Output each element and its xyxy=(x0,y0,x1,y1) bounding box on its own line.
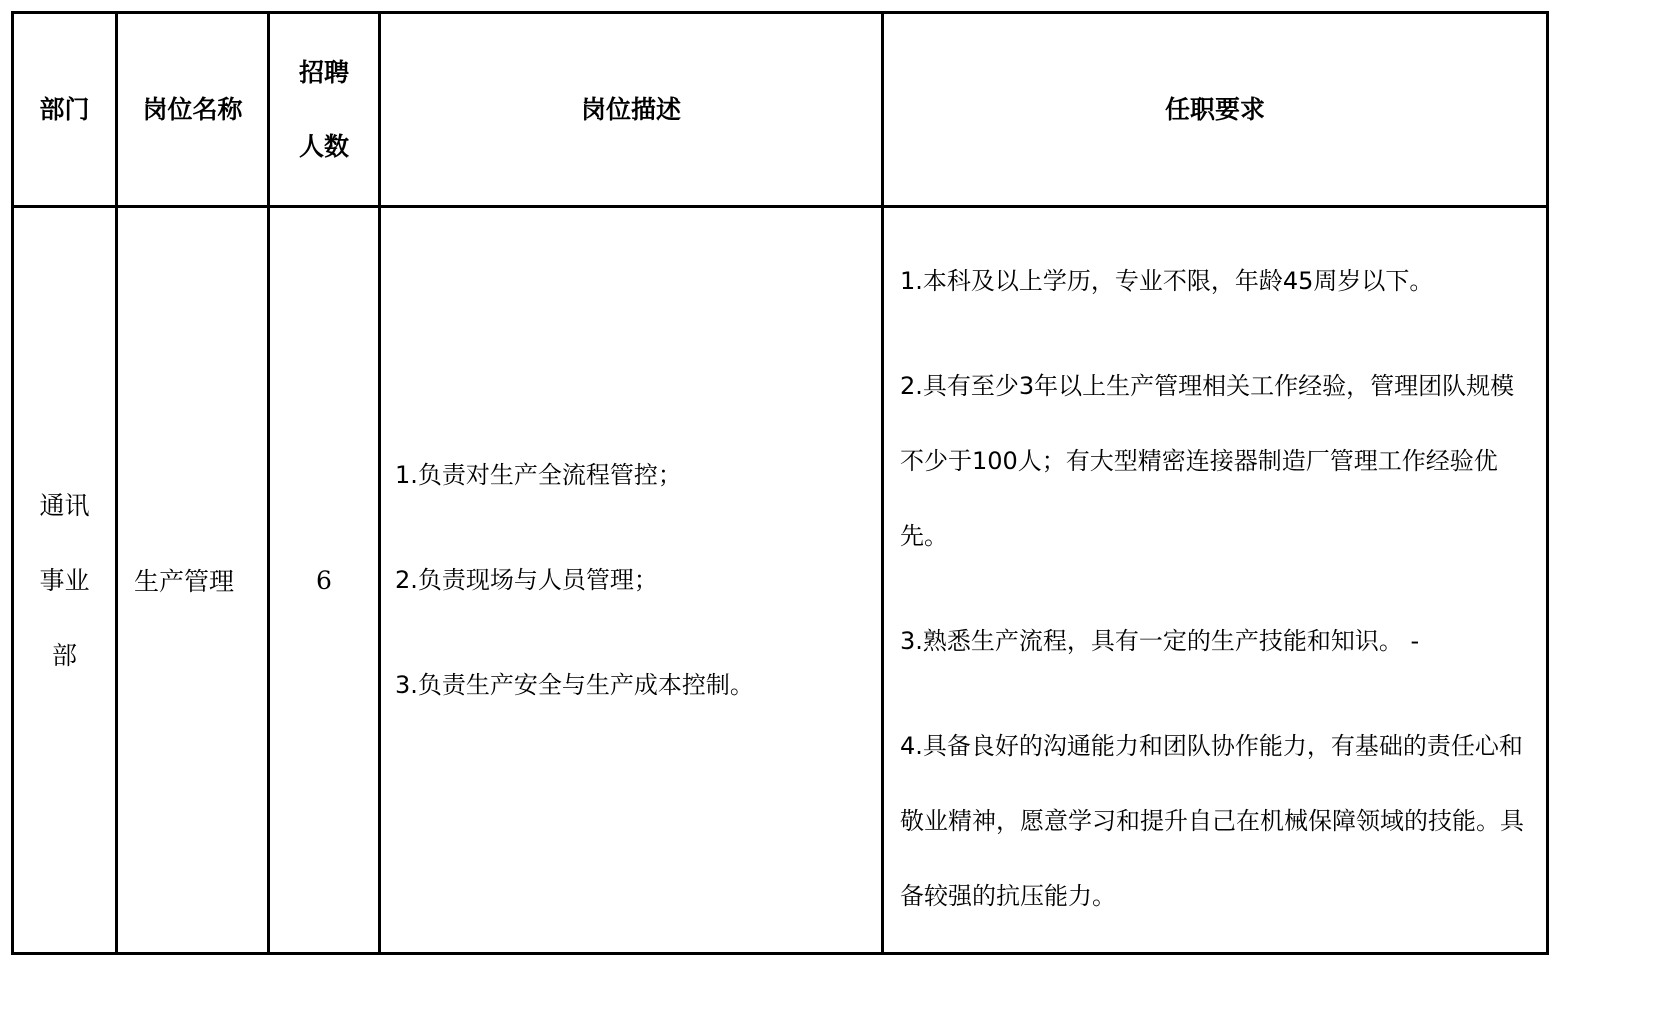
table-header-row: 部门 岗位名称 招聘 人数 岗位描述 任职要求 xyxy=(13,13,1548,207)
header-department-label: 部门 xyxy=(14,73,115,147)
description-item: 2.负责现场与人员管理； xyxy=(395,528,881,633)
department-cell: 通讯 事业 部 xyxy=(13,207,117,954)
header-headcount: 招聘 人数 xyxy=(269,13,380,207)
job-description-cell: 1.负责对生产全流程管控； 2.负责现场与人员管理； 3.负责生产安全与生产成本… xyxy=(380,207,883,954)
requirement-item: 2.具有至少3年以上生产管理相关工作经验，管理团队规模不少于100人；有大型精密… xyxy=(900,349,1528,574)
position-name-cell: 生产管理 xyxy=(117,207,269,954)
header-headcount-line2: 人数 xyxy=(270,110,378,184)
description-item: 1.负责对生产全流程管控； xyxy=(395,423,881,528)
requirements-cell: 1.本科及以上学历，专业不限，年龄45周岁以下。 2.具有至少3年以上生产管理相… xyxy=(883,207,1548,954)
header-position-name-label: 岗位名称 xyxy=(118,73,267,147)
department-line: 事业 xyxy=(14,543,115,618)
requirement-item: 4.具备良好的沟通能力和团队协作能力，有基础的责任心和敬业精神，愿意学习和提升自… xyxy=(900,709,1528,934)
job-posting-table: 部门 岗位名称 招聘 人数 岗位描述 任职要求 通讯 事业 部 生产管理 xyxy=(11,11,1549,955)
department-line: 通讯 xyxy=(14,468,115,543)
header-headcount-line1: 招聘 xyxy=(270,36,378,110)
requirement-item: 3.熟悉生产流程，具有一定的生产技能和知识。 - xyxy=(900,604,1528,679)
table-row: 通讯 事业 部 生产管理 6 1.负责对生产全流程管控； 2.负责现场与人员管理… xyxy=(13,207,1548,954)
description-item: 3.负责生产安全与生产成本控制。 xyxy=(395,633,881,738)
header-department: 部门 xyxy=(13,13,117,207)
headcount-cell: 6 xyxy=(269,207,380,954)
header-job-description: 岗位描述 xyxy=(380,13,883,207)
header-requirements-label: 任职要求 xyxy=(884,73,1546,147)
requirement-item: 1.本科及以上学历，专业不限，年龄45周岁以下。 xyxy=(900,244,1528,319)
department-line: 部 xyxy=(14,618,115,693)
header-job-description-label: 岗位描述 xyxy=(381,73,881,147)
header-position-name: 岗位名称 xyxy=(117,13,269,207)
header-requirements: 任职要求 xyxy=(883,13,1548,207)
